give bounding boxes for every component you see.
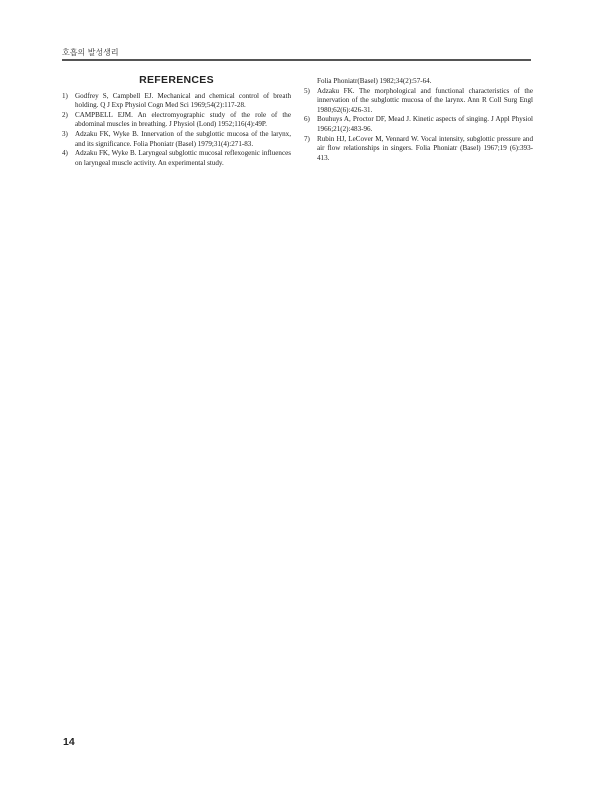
reference-number: 7) xyxy=(304,135,317,164)
reference-text: Adzaku FK, Wyke B. Laryngeal subglottic … xyxy=(75,149,291,168)
reference-text: Godfrey S, Campbell EJ. Mechanical and c… xyxy=(75,92,291,111)
reference-number: 5) xyxy=(304,87,317,116)
reference-item: 2) CAMPBELL EJM. An electromyographic st… xyxy=(62,111,291,130)
reference-text: Adzaku FK. The morphological and functio… xyxy=(317,87,533,116)
reference-text: Adzaku FK, Wyke B. Innervation of the su… xyxy=(75,130,291,149)
reference-continuation: Folia Phoniatr(Basel) 1982;34(2):57-64. xyxy=(304,77,533,87)
reference-number: 4) xyxy=(62,149,75,168)
page-number: 14 xyxy=(63,736,75,748)
reference-item: 1) Godfrey S, Campbell EJ. Mechanical an… xyxy=(62,92,291,111)
reference-text: CAMPBELL EJM. An electromyographic study… xyxy=(75,111,291,130)
reference-number: 1) xyxy=(62,92,75,111)
reference-number: 2) xyxy=(62,111,75,130)
reference-text: Bouhuys A, Proctor DF, Mead J. Kinetic a… xyxy=(317,115,533,134)
running-header: 호흡의 발성생리 xyxy=(62,47,119,58)
reference-item: 4) Adzaku FK, Wyke B. Laryngeal subglott… xyxy=(62,149,291,168)
header-rule xyxy=(62,59,531,61)
references-right-column: Folia Phoniatr(Basel) 1982;34(2):57-64. … xyxy=(304,77,533,163)
reference-text: Rubin HJ, LeCover M, Vennard W. Vocal in… xyxy=(317,135,533,164)
reference-item: 7) Rubin HJ, LeCover M, Vennard W. Vocal… xyxy=(304,135,533,164)
reference-item: 3) Adzaku FK, Wyke B. Innervation of the… xyxy=(62,130,291,149)
references-heading: REFERENCES xyxy=(62,76,291,86)
reference-number: 3) xyxy=(62,130,75,149)
reference-item: 5) Adzaku FK. The morphological and func… xyxy=(304,87,533,116)
reference-item: 6) Bouhuys A, Proctor DF, Mead J. Kineti… xyxy=(304,115,533,134)
reference-number: 6) xyxy=(304,115,317,134)
references-left-column: REFERENCES 1) Godfrey S, Campbell EJ. Me… xyxy=(62,76,291,168)
